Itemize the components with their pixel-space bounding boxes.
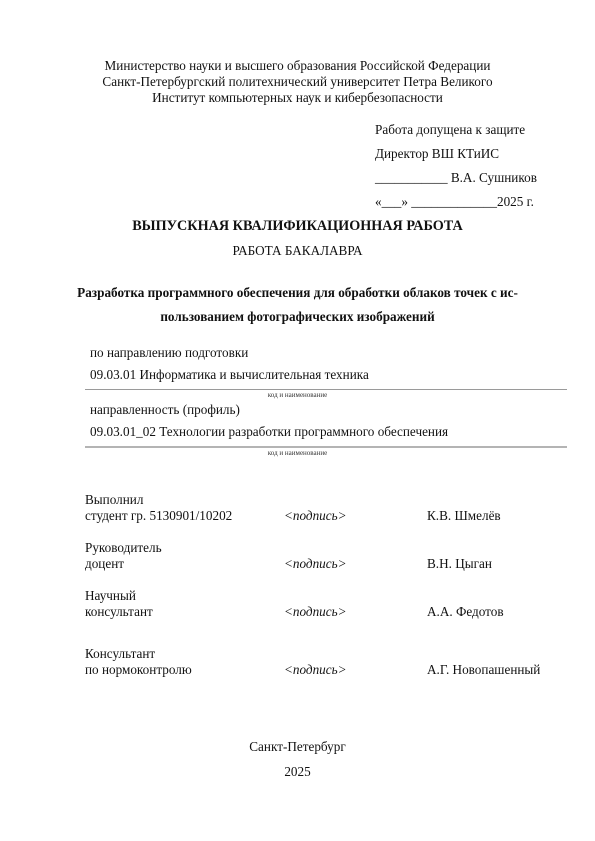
signature-role-1: Консультант xyxy=(85,646,155,662)
topic-line-1: Разработка программного обеспечения для … xyxy=(0,285,595,301)
signature-placeholder: <подпись> xyxy=(284,662,347,678)
document-title: ВЫПУСКНАЯ КВАЛИФИКАЦИОННАЯ РАБОТА xyxy=(0,218,595,235)
signature-placeholder: <подпись> xyxy=(284,508,347,524)
footer-city: Санкт-Петербург xyxy=(0,739,595,755)
ministry-line: Министерство науки и высшего образования… xyxy=(0,58,595,74)
signature-role-2: доцент xyxy=(85,556,124,572)
profile-label: направленность (профиль) xyxy=(90,402,240,418)
university-line: Санкт-Петербургский политехнический унив… xyxy=(0,74,595,90)
institute-line: Институт компьютерных наук и кибербезопа… xyxy=(0,90,595,106)
signature-role-2: консультант xyxy=(85,604,153,620)
signature-name: А.А. Федотов xyxy=(427,604,504,620)
signature-role-2: студент гр. 5130901/10202 xyxy=(85,508,232,524)
signature-placeholder: <подпись> xyxy=(284,556,347,572)
signature-role-1: Руководитель xyxy=(85,540,162,556)
approval-line-2: Директор ВШ КТиИС xyxy=(375,146,499,162)
approval-director-name: ___________ В.А. Сушников xyxy=(375,170,537,186)
profile-value: 09.03.01_02 Технологии разработки програ… xyxy=(90,424,448,440)
footer-year: 2025 xyxy=(0,764,595,780)
approval-date: «___» _____________2025 г. xyxy=(375,194,534,210)
direction-value: 09.03.01 Информатика и вычислительная те… xyxy=(90,367,369,383)
profile-divider xyxy=(85,446,567,448)
signature-name: К.В. Шмелёв xyxy=(427,508,501,524)
signature-role-1: Научный xyxy=(85,588,136,604)
direction-caption: код и наименование xyxy=(0,391,595,399)
signature-placeholder: <подпись> xyxy=(284,604,347,620)
signature-name: А.Г. Новопашенный xyxy=(427,662,540,678)
signature-role-1: Выполнил xyxy=(85,492,143,508)
signature-role-2: по нормоконтролю xyxy=(85,662,192,678)
profile-caption: код и наименование xyxy=(0,449,595,457)
direction-divider xyxy=(85,389,567,390)
approval-line-1: Работа допущена к защите xyxy=(375,122,525,138)
document-subtitle: РАБОТА БАКАЛАВРА xyxy=(0,243,595,259)
signature-name: В.Н. Цыган xyxy=(427,556,492,572)
topic-line-2: пользованием фотографических изображений xyxy=(0,309,595,325)
direction-label: по направлению подготовки xyxy=(90,345,248,361)
